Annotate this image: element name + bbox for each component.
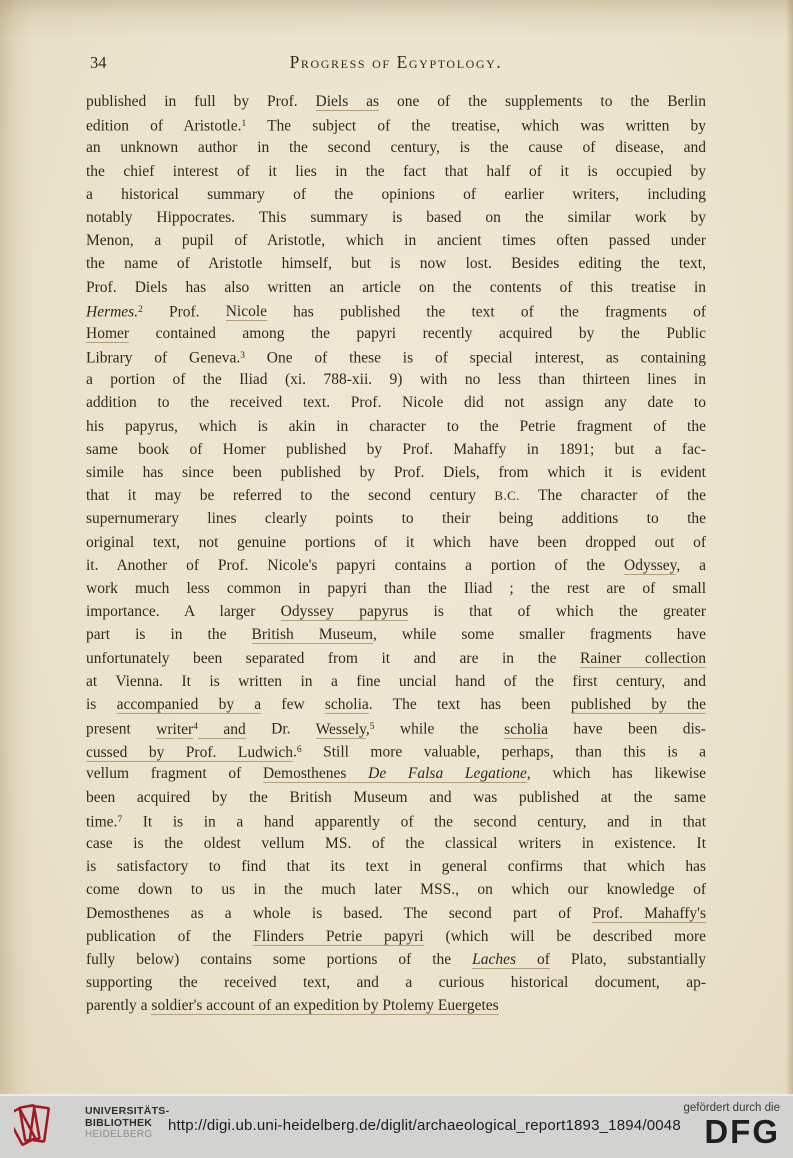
text-line: his papyrus, which is akin in character … (86, 415, 706, 438)
text-line: Menon, a pupil of Aristotle, which in an… (86, 229, 706, 252)
library-name: UNIVERSITÄTS- BIBLIOTHEK HEIDELBERG (85, 1105, 169, 1141)
text-line: Demosthenes as a whole is based. The sec… (86, 902, 706, 925)
text-line: at Vienna. It is written in a fine uncia… (86, 670, 706, 693)
text-line: original text, not genuine portions of i… (86, 531, 706, 554)
text-line: same book of Homer published by Prof. Ma… (86, 438, 706, 461)
text-line: Homer contained among the papyri recentl… (86, 322, 706, 345)
text-line: unfortunately been separated from it and… (86, 647, 706, 670)
text-line: simile has since been published by Prof.… (86, 461, 706, 484)
text-line: part is in the British Museum, while som… (86, 623, 706, 646)
text-line: addition to the received text. Prof. Nic… (86, 391, 706, 414)
text-line: work much less common in papyri than the… (86, 577, 706, 600)
text-line: that it may be referred to the second ce… (86, 484, 706, 507)
text-line: vellum fragment of Demosthenes De Falsa … (86, 762, 706, 785)
university-library-logo-icon (14, 1100, 74, 1154)
text-line: time.7 It is in a hand apparently of the… (86, 809, 706, 832)
text-line: is satisfactory to find that its text in… (86, 855, 706, 878)
text-line: come down to us in the much later MSS., … (86, 878, 706, 901)
text-line: an unknown author in the second century,… (86, 136, 706, 159)
text-line: a historical summary of the opinions of … (86, 183, 706, 206)
text-line: is accompanied by a few scholia. The tex… (86, 693, 706, 716)
text-line: parently a soldier's account of an exped… (86, 994, 706, 1017)
digitization-footer-bar: UNIVERSITÄTS- BIBLIOTHEK HEIDELBERG http… (0, 1094, 793, 1158)
text-line: published in full by Prof. Diels as one … (86, 90, 706, 113)
text-line: fully below) contains some portions of t… (86, 948, 706, 971)
library-name-line1: UNIVERSITÄTS- (85, 1105, 169, 1117)
page-body-lines: published in full by Prof. Diels as one … (86, 90, 706, 1018)
text-line: Library of Geneva.3 One of these is of s… (86, 345, 706, 368)
text-line: publication of the Flinders Petrie papyr… (86, 925, 706, 948)
text-line: the chief interest of it lies in the fac… (86, 160, 706, 183)
scanned-book-page: 34 Progress of Egyptology. published in … (0, 0, 793, 1158)
dfg-logo: DFG (683, 1115, 780, 1149)
text-line: the name of Aristotle himself, but is no… (86, 252, 706, 275)
text-line: notably Hippocrates. This summary is bas… (86, 206, 706, 229)
text-line: supporting the received text, and a curi… (86, 971, 706, 994)
text-line: Prof. Diels has also written an article … (86, 276, 706, 299)
text-line: edition of Aristotle.1 The subject of th… (86, 113, 706, 136)
text-line: supernumerary lines clearly points to th… (86, 507, 706, 530)
library-name-line2: BIBLIOTHEK (85, 1117, 169, 1129)
text-line: a portion of the Iliad (xi. 788-xii. 9) … (86, 368, 706, 391)
text-line: present writer4 and Dr. Wessely,5 while … (86, 716, 706, 739)
screenshot-stage: 34 Progress of Egyptology. published in … (0, 0, 793, 1158)
text-line: been acquired by the British Museum and … (86, 786, 706, 809)
text-line: it. Another of Prof. Nicole's papyri con… (86, 554, 706, 577)
digitized-page-url: http://digi.ub.uni-heidelberg.de/diglit/… (168, 1117, 681, 1134)
text-line: cussed by Prof. Ludwich.6 Still more val… (86, 739, 706, 762)
library-name-line3: HEIDELBERG (85, 1129, 169, 1141)
text-line: case is the oldest vellum MS. of the cla… (86, 832, 706, 855)
text-line: importance. A larger Odyssey papyrus is … (86, 600, 706, 623)
text-line: Hermes.2 Prof. Nicole has published the … (86, 299, 706, 322)
running-header: Progress of Egyptology. (86, 52, 706, 73)
funder-block: gefördert durch die DFG (683, 1102, 780, 1149)
